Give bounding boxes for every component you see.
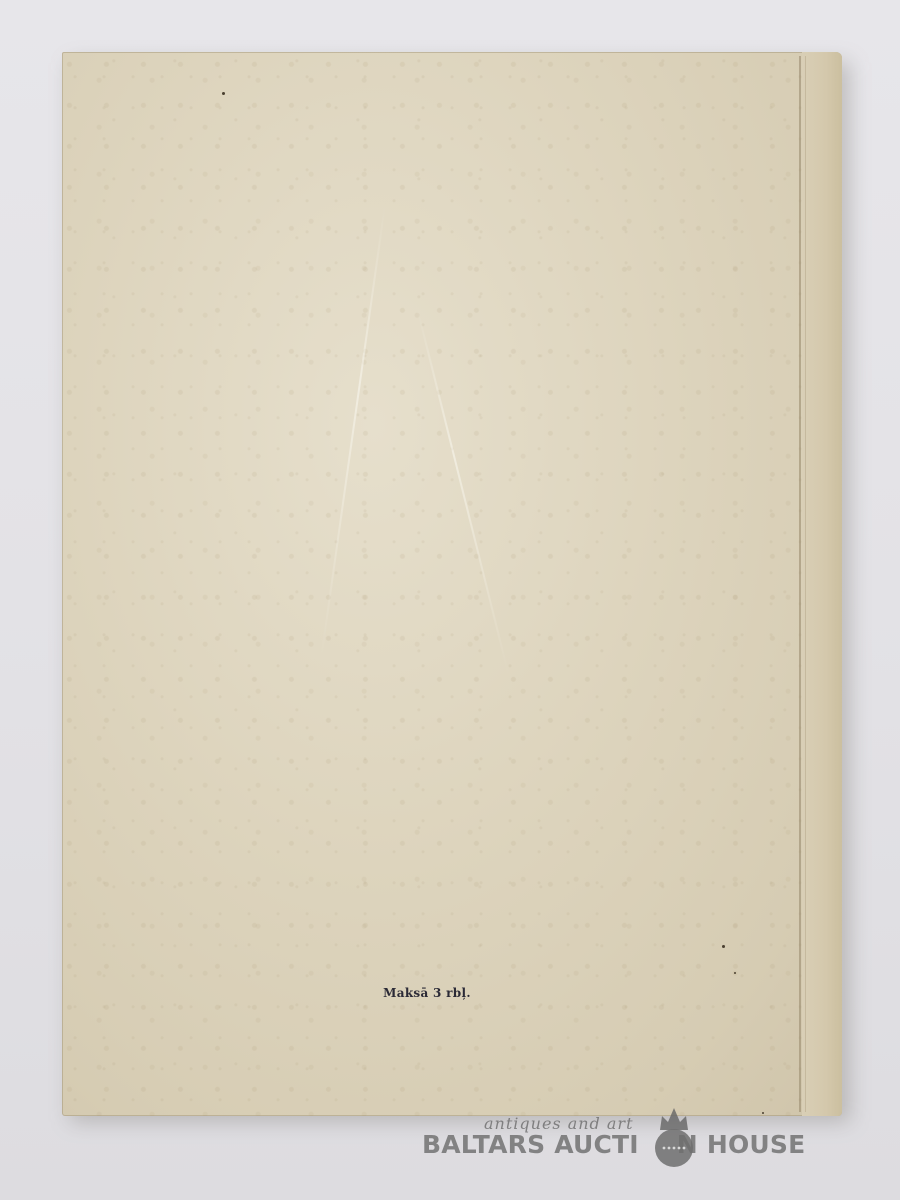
product-photo: Maksā 3 rbļ. antiques and art BALTARS AU… [0, 0, 900, 1200]
book-back-cover: Maksā 3 rbļ. [62, 52, 842, 1116]
paper-speck [722, 945, 725, 948]
watermark-name-part2: N HOUSE [677, 1130, 806, 1159]
price-label: Maksā 3 rbļ. [62, 986, 842, 1000]
watermark: antiques and art BALTARS AUCTIN HOUSE [418, 1104, 838, 1174]
spine-fold-line [805, 56, 806, 1112]
watermark-brand-name: BALTARS AUCTIN HOUSE [422, 1130, 805, 1159]
crown-orb-logo-icon [652, 1104, 696, 1168]
spine-fold-line [799, 56, 801, 1112]
spine-edge [802, 52, 842, 1116]
paper-speck [734, 972, 736, 974]
watermark-name-part1: BALTARS AUCTI [422, 1130, 639, 1159]
paper-texture [62, 52, 842, 1116]
paper-speck [222, 92, 225, 95]
